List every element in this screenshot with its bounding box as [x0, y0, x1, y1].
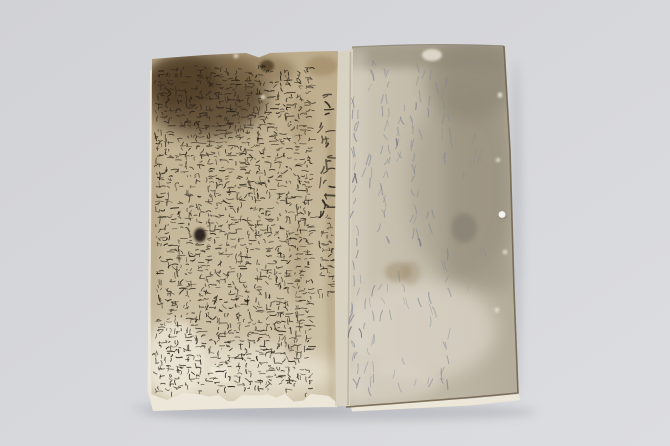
binding-hole [499, 211, 506, 218]
photo-stage: 全羅左道水軍節度使 [0, 0, 670, 446]
manuscript-book-photo [0, 0, 670, 446]
